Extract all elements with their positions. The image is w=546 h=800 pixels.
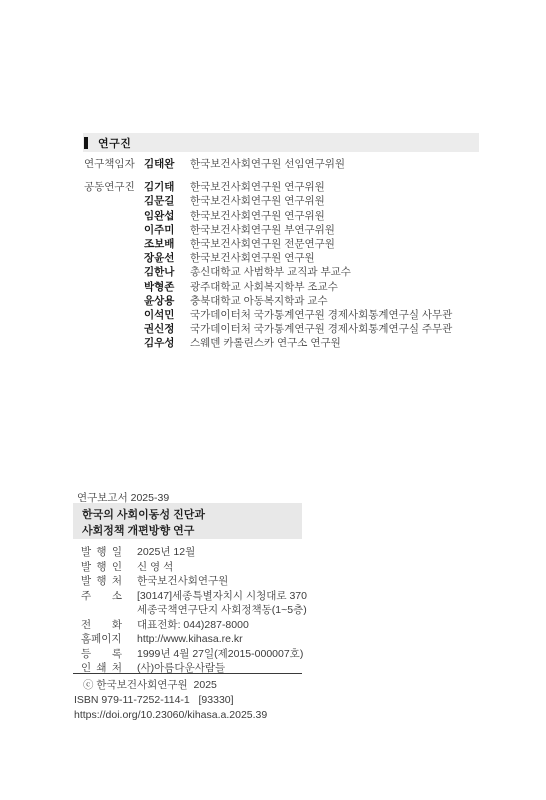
researcher-affiliation: 충북대학교 아동복지학과 교수 (190, 294, 328, 308)
co-researcher-row: 김문길 한국보건사회연구원 연구위원 (84, 194, 452, 208)
section-marker-bar (84, 137, 88, 149)
researcher-name: 김문길 (144, 194, 190, 208)
researcher-name: 조보배 (144, 237, 190, 251)
colophon-divider-line (73, 673, 302, 674)
pub-value: 신 영 석 (137, 560, 173, 575)
principal-researcher-row: 연구책임자 김태완 한국보건사회연구원 선임연구위원 (84, 157, 452, 171)
researcher-name: 권신정 (144, 322, 190, 336)
pub-label: 전 화 (81, 618, 122, 633)
footer-identifiers: ⓒ 한국보건사회연구원 2025 ISBN 979-11-7252-114-1 … (74, 678, 267, 724)
report-title-box: 한국의 사회이동성 진단과 사회정책 개편방향 연구 (73, 503, 302, 539)
co-researcher-row: 김우성 스웨덴 카롤린스카 연구소 연구원 (84, 336, 452, 350)
co-researcher-row: 박형존 광주대학교 사회복지학부 조교수 (84, 280, 452, 294)
pub-value: [30147]세종특별자치시 시청대로 370세종국책연구단지 사회정책동(1~… (137, 589, 307, 618)
pub-row-phone: 전 화 대표전화: 044)287-8000 (81, 618, 307, 633)
researcher-affiliation: 스웨덴 카롤린스카 연구소 연구원 (190, 336, 341, 350)
researcher-name: 장윤선 (144, 251, 190, 265)
co-researcher-row: 이석민 국가데이터처 국가통계연구원 경제사회통계연구실 사무관 (84, 308, 452, 322)
co-researcher-row: 윤상용 충북대학교 아동복지학과 교수 (84, 294, 452, 308)
publication-info-list: 발 행 일 2025년 12월 발 행 인 신 영 석 발 행 처 한국보건사회… (81, 545, 307, 676)
co-researcher-row: 장윤선 한국보건사회연구원 연구원 (84, 251, 452, 265)
pub-label: 발 행 일 (81, 545, 122, 560)
report-title-line2: 사회정책 개편방향 연구 (82, 523, 302, 539)
researcher-affiliation: 한국보건사회연구원 연구위원 (190, 209, 325, 223)
pub-label: 주 소 (81, 589, 122, 604)
co-researcher-row: 권신정 국가데이터처 국가통계연구원 경제사회통계연구실 주무관 (84, 322, 452, 336)
researcher-affiliation: 국가데이터처 국가통계연구원 경제사회통계연구실 주무관 (190, 322, 452, 336)
pub-value: 2025년 12월 (137, 545, 195, 560)
doi-url: https://doi.org/10.23060/kihasa.a.2025.3… (74, 708, 267, 723)
address-line2: 세종국책연구단지 사회정책동(1~5층) (137, 603, 307, 618)
co-researcher-row: 조보배 한국보건사회연구원 전문연구원 (84, 237, 452, 251)
pub-value: 한국보건사회연구원 (137, 574, 228, 589)
copyright-notice: ⓒ 한국보건사회연구원 2025 (74, 678, 267, 693)
isbn-number: ISBN 979-11-7252-114-1 [93330] (74, 693, 267, 708)
section-header-bar: 연구진 (83, 133, 479, 152)
researcher-name: 이석민 (144, 308, 190, 322)
researcher-name: 이주미 (144, 223, 190, 237)
pub-row-homepage: 홈페이지 http://www.kihasa.re.kr (81, 632, 307, 647)
researcher-affiliation: 광주대학교 사회복지학부 조교수 (190, 280, 338, 294)
pub-label: 등 록 (81, 647, 122, 662)
pub-row-date: 발 행 일 2025년 12월 (81, 545, 307, 560)
report-title-line1: 한국의 사회이동성 진단과 (82, 507, 302, 523)
pub-row-publisher-org: 발 행 처 한국보건사회연구원 (81, 574, 307, 589)
address-line1: [30147]세종특별자치시 시청대로 370 (137, 590, 307, 602)
researcher-name: 김우성 (144, 336, 190, 350)
report-colophon-page: 연구진 연구책임자 김태완 한국보건사회연구원 선임연구위원 공동연구진 김기태… (0, 0, 546, 800)
researcher-name: 김기태 (144, 180, 190, 194)
pub-label: 발 행 인 (81, 560, 122, 575)
researcher-affiliation: 한국보건사회연구원 연구위원 (190, 194, 325, 208)
pub-label: 홈페이지 (81, 632, 122, 647)
researcher-affiliation: 한국보건사회연구원 연구원 (190, 251, 315, 265)
researcher-name: 김한나 (144, 265, 190, 279)
pub-row-registration: 등 록 1999년 4월 27일(제2015-000007호) (81, 647, 307, 662)
co-researcher-row: 임완섭 한국보건사회연구원 연구위원 (84, 209, 452, 223)
pub-row-publisher-person: 발 행 인 신 영 석 (81, 560, 307, 575)
role-label: 공동연구진 (84, 180, 144, 194)
co-researcher-row: 이주미 한국보건사회연구원 부연구위원 (84, 223, 452, 237)
pub-row-address: 주 소 [30147]세종특별자치시 시청대로 370세종국책연구단지 사회정책… (81, 589, 307, 618)
homepage-url: http://www.kihasa.re.kr (137, 632, 243, 647)
co-researcher-row: 공동연구진 김기태 한국보건사회연구원 연구위원 (84, 180, 452, 194)
role-label: 연구책임자 (84, 157, 144, 171)
research-team-table: 연구책임자 김태완 한국보건사회연구원 선임연구위원 공동연구진 김기태 한국보… (84, 157, 452, 350)
researcher-affiliation: 한국보건사회연구원 부연구위원 (190, 223, 335, 237)
researcher-name: 윤상용 (144, 294, 190, 308)
researcher-name: 박형존 (144, 280, 190, 294)
researcher-affiliation: 한국보건사회연구원 전문연구원 (190, 237, 335, 251)
researcher-affiliation: 한국보건사회연구원 연구위원 (190, 180, 325, 194)
researcher-affiliation: 국가데이터처 국가통계연구원 경제사회통계연구실 사무관 (190, 308, 452, 322)
researcher-affiliation: 한국보건사회연구원 선임연구위원 (190, 157, 345, 171)
pub-value: 1999년 4월 27일(제2015-000007호) (137, 647, 303, 662)
researcher-name: 김태완 (144, 157, 190, 171)
researcher-affiliation: 총신대학교 사범학부 교직과 부교수 (190, 265, 351, 279)
pub-label: 발 행 처 (81, 574, 122, 589)
pub-value: 대표전화: 044)287-8000 (137, 618, 249, 633)
section-title: 연구진 (98, 135, 131, 151)
co-researchers-block: 공동연구진 김기태 한국보건사회연구원 연구위원 김문길 한국보건사회연구원 연… (84, 180, 452, 350)
co-researcher-row: 김한나 총신대학교 사범학부 교직과 부교수 (84, 265, 452, 279)
researcher-name: 임완섭 (144, 209, 190, 223)
